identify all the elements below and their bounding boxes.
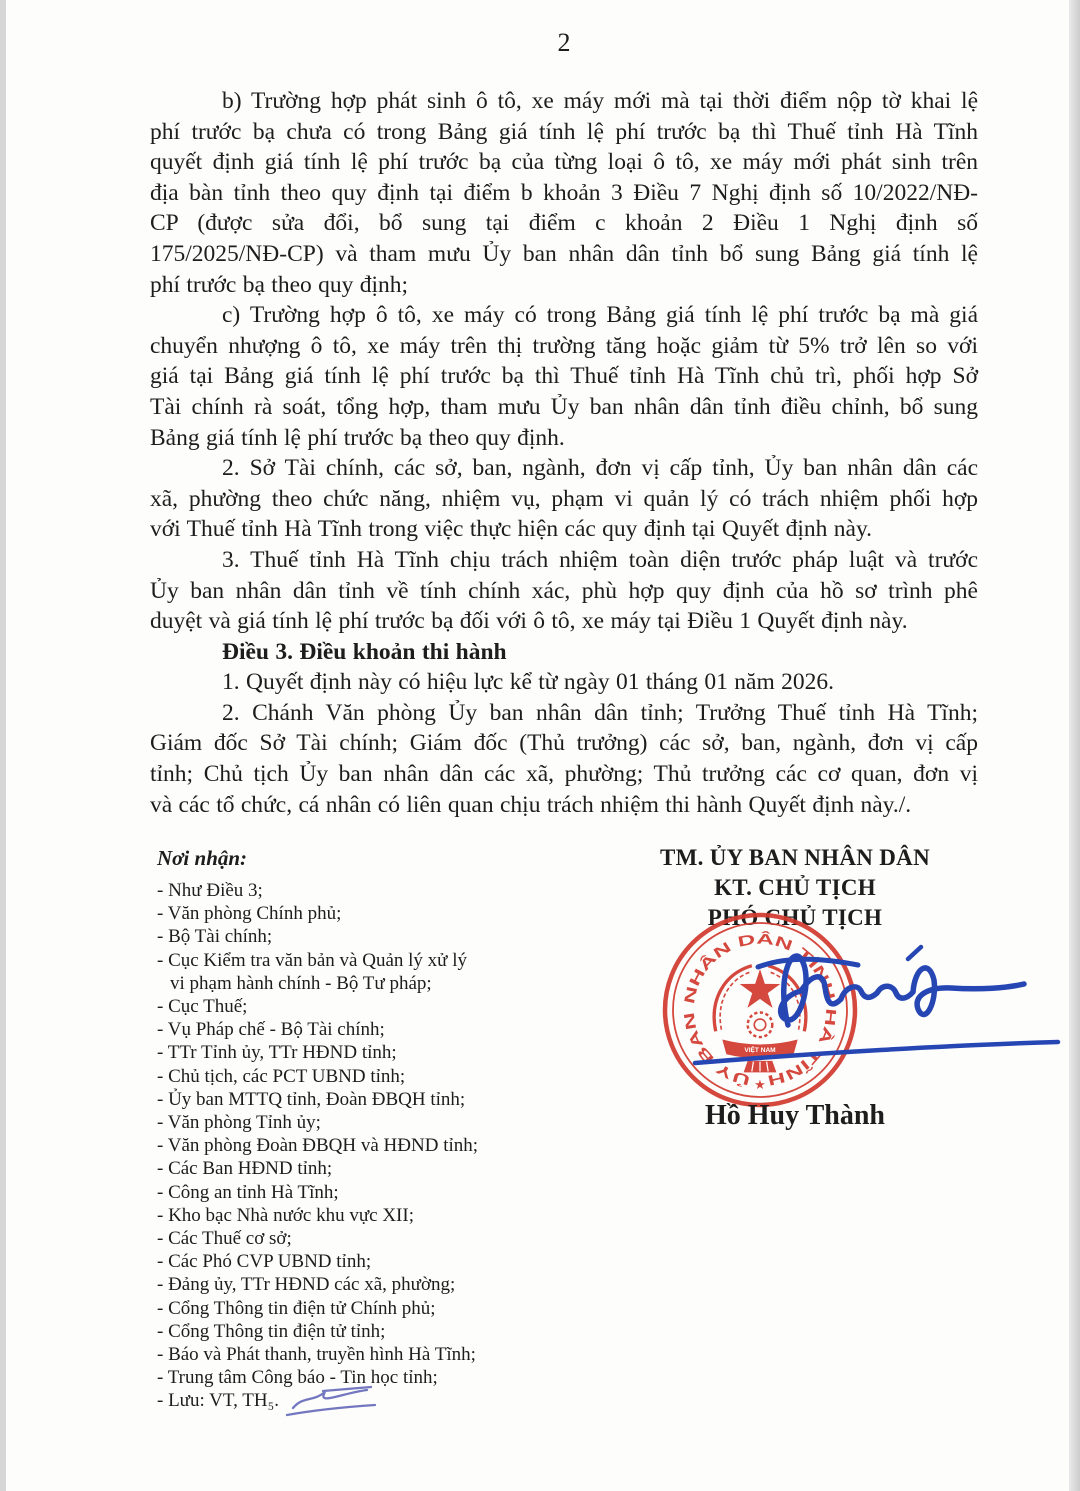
paragraph: c) Trường hợp ô tô, xe máy có trong Bảng… bbox=[150, 300, 978, 453]
recipient-line: - Cục Thuế; bbox=[157, 995, 597, 1018]
body-line: địa bàn tỉnh theo quy định tại điểm b kh… bbox=[150, 178, 978, 209]
body-line: 1. Quyết định này có hiệu lực kể từ ngày… bbox=[150, 667, 978, 698]
body-line: 3. Thuế tỉnh Hà Tĩnh chịu trách nhiệm to… bbox=[150, 545, 978, 576]
recipient-line: - Báo và Phát thanh, truyền hình Hà Tĩnh… bbox=[157, 1343, 597, 1366]
signer-name: Hồ Huy Thành bbox=[595, 1100, 995, 1132]
recipient-line: - Đảng ủy, TTr HĐND các xã, phường; bbox=[157, 1273, 597, 1296]
body-line: Tài chính rà soát, tổng hợp, tham mưu Ủy… bbox=[150, 392, 978, 423]
signing-authority: TM. ỦY BAN NHÂN DÂN bbox=[595, 843, 995, 873]
body-line: tỉnh; Chủ tịch Ủy ban nhân dân các xã, p… bbox=[150, 759, 978, 790]
signature-crossbar bbox=[758, 959, 858, 967]
recipient-line: - Vụ Pháp chế - Bộ Tài chính; bbox=[157, 1018, 597, 1041]
recipient-line: - TTr Tỉnh ủy, TTr HĐND tỉnh; bbox=[157, 1041, 597, 1064]
signature-accent bbox=[908, 947, 921, 959]
seal-bottom-star: ★ bbox=[754, 1077, 766, 1092]
body-line: Điều 3. Điều khoản thi hành bbox=[150, 637, 978, 668]
recipient-line: - Cổng Thông tin điện tử Chính phủ; bbox=[157, 1297, 597, 1320]
body-line: 2. Sở Tài chính, các sở, ban, ngành, đơn… bbox=[150, 453, 978, 484]
recipient-line: - Văn phòng Chính phủ; bbox=[157, 902, 597, 925]
body-line: với Thuế tỉnh Hà Tĩnh trong việc thực hi… bbox=[150, 514, 978, 545]
recipient-line: - Ủy ban MTTQ tỉnh, Đoàn ĐBQH tỉnh; bbox=[157, 1088, 597, 1111]
page-number: 2 bbox=[150, 28, 978, 58]
recipient-line: - Các Ban HĐND tỉnh; bbox=[157, 1157, 597, 1180]
signature-stroke bbox=[781, 956, 1024, 1025]
recipient-line: - Cục Kiểm tra văn bản và Quản lý xử lý bbox=[157, 949, 597, 972]
paragraph: 2. Chánh Văn phòng Ủy ban nhân dân tỉnh;… bbox=[150, 698, 978, 820]
paragraph: 1. Quyết định này có hiệu lực kể từ ngày… bbox=[150, 667, 978, 698]
body-line: phí trước bạ theo quy định; bbox=[150, 270, 978, 301]
page-edge-left bbox=[0, 0, 6, 1491]
body-line: giá tại Bảng giá tính lệ phí trước bạ th… bbox=[150, 361, 978, 392]
page-edge-right bbox=[1069, 0, 1080, 1491]
recipient-line: - Cổng Thông tin điện tử tỉnh; bbox=[157, 1320, 597, 1343]
recipients-list: - Như Điều 3;- Văn phòng Chính phủ;- Bộ … bbox=[157, 879, 597, 1413]
body-line: duyệt và giá tính lệ phí trước bạ đối vớ… bbox=[150, 606, 978, 637]
clerk-initials-paraph bbox=[283, 1378, 383, 1423]
body-line: b) Trường hợp phát sinh ô tô, xe máy mới… bbox=[150, 86, 978, 117]
body-line: phí trước bạ chưa có trong Bảng giá tính… bbox=[150, 117, 978, 148]
body-line: 175/2025/NĐ-CP) và tham mưu Ủy ban nhân … bbox=[150, 239, 978, 270]
recipients-section: Nơi nhận: - Như Điều 3;- Văn phòng Chính… bbox=[157, 846, 597, 1413]
recipients-heading: Nơi nhận: bbox=[157, 846, 597, 871]
body-line: quyết định giá tính lệ phí trước bạ của … bbox=[150, 147, 978, 178]
recipient-line: - Bộ Tài chính; bbox=[157, 925, 597, 948]
body-line: Giám đốc Sở Tài chính; Giám đốc (Thủ trư… bbox=[150, 728, 978, 759]
paragraph: 2. Sở Tài chính, các sở, ban, ngành, đơn… bbox=[150, 453, 978, 545]
recipient-line: - Như Điều 3; bbox=[157, 879, 597, 902]
body-line: Ủy ban nhân dân tỉnh về tính chính xác, … bbox=[150, 576, 978, 607]
handwritten-signature bbox=[615, 925, 1075, 1075]
recipient-line: - Văn phòng Đoàn ĐBQH và HĐND tỉnh; bbox=[157, 1134, 597, 1157]
body-line: c) Trường hợp ô tô, xe máy có trong Bảng… bbox=[150, 300, 978, 331]
signature-underline bbox=[695, 1042, 1058, 1063]
paragraph: b) Trường hợp phát sinh ô tô, xe máy mới… bbox=[150, 86, 978, 300]
body-line: CP (được sửa đổi, bổ sung tại điểm c kho… bbox=[150, 208, 978, 239]
body-text: b) Trường hợp phát sinh ô tô, xe máy mới… bbox=[150, 86, 978, 820]
recipient-line: - Các Phó CVP UBND tỉnh; bbox=[157, 1250, 597, 1273]
document-page: 2 b) Trường hợp phát sinh ô tô, xe máy m… bbox=[0, 0, 1080, 1491]
body-line: xã, phường theo chức năng, nhiệm vụ, phạ… bbox=[150, 484, 978, 515]
recipient-line: - Các Thuế cơ sở; bbox=[157, 1227, 597, 1250]
signing-title-kt: KT. CHỦ TỊCH bbox=[595, 873, 995, 903]
paragraph: Điều 3. Điều khoản thi hành bbox=[150, 637, 978, 668]
recipient-line: - Kho bạc Nhà nước khu vực XII; bbox=[157, 1204, 597, 1227]
body-line: 2. Chánh Văn phòng Ủy ban nhân dân tỉnh;… bbox=[150, 698, 978, 729]
body-line: và các tổ chức, cá nhân có liên quan chị… bbox=[150, 790, 978, 821]
paragraph: 3. Thuế tỉnh Hà Tĩnh chịu trách nhiệm to… bbox=[150, 545, 978, 637]
recipient-line: - Công an tỉnh Hà Tĩnh; bbox=[157, 1181, 597, 1204]
recipient-line: - Văn phòng Tỉnh ủy; bbox=[157, 1111, 597, 1134]
recipient-line: vi phạm hành chính - Bộ Tư pháp; bbox=[157, 972, 597, 995]
recipient-line: - Chủ tịch, các PCT UBND tỉnh; bbox=[157, 1065, 597, 1088]
body-line: Bảng giá tính lệ phí trước bạ theo quy đ… bbox=[150, 423, 978, 454]
body-line: chuyển nhượng ô tô, xe máy trên thị trườ… bbox=[150, 331, 978, 362]
